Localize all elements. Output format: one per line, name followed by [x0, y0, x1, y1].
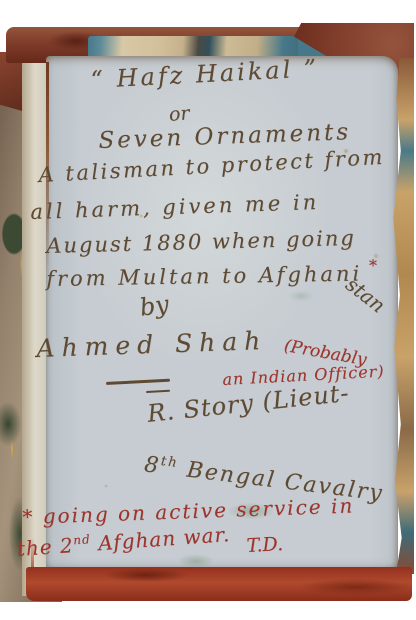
red-footnote-initials: T.D.: [246, 533, 284, 557]
red-footnote-line-2-ordinal: nd: [73, 532, 91, 547]
leather-edge-bottom: [26, 567, 412, 601]
inscription-or: or: [168, 102, 190, 126]
inscription-by: by: [138, 290, 171, 322]
red-footnote-line-2-start: the 2: [16, 533, 74, 561]
book-photo: “ Hafz Haikal ” or Seven Ornaments A tal…: [0, 0, 416, 620]
footnote-marker-asterisk: *: [369, 256, 377, 275]
regiment-ordinal: th: [160, 454, 179, 471]
regiment-number: 8: [143, 452, 162, 479]
